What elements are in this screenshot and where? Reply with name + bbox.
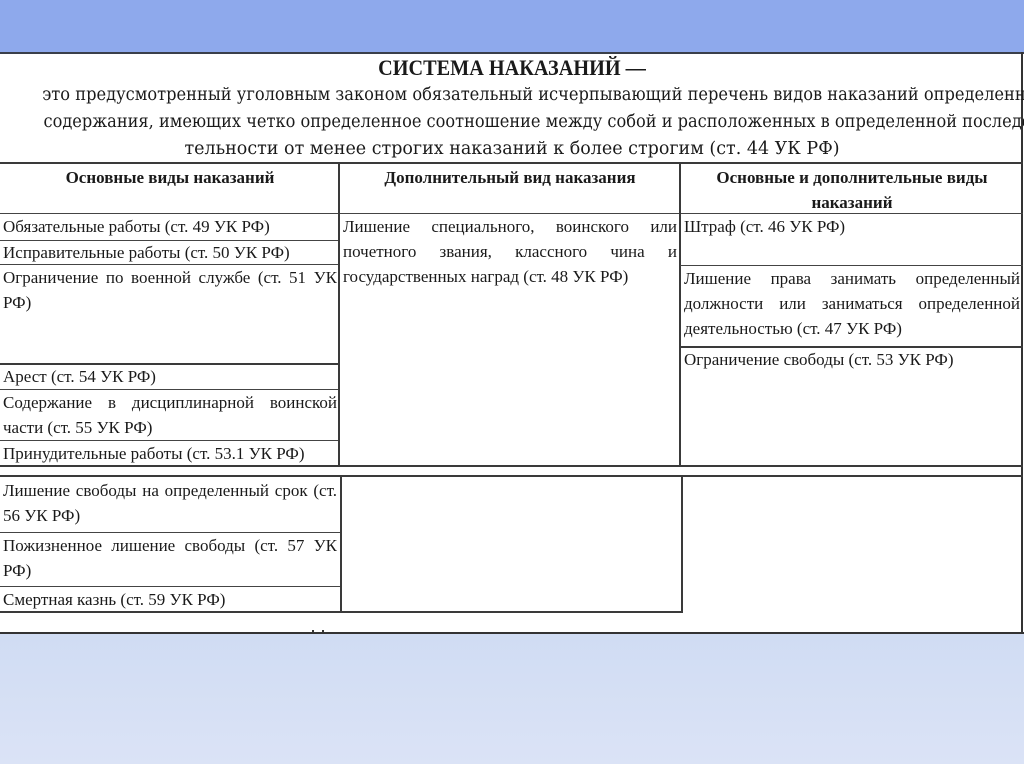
lower-item-life-imprisonment: Пожизненное лишение свободы (ст. 57 УК Р… xyxy=(3,533,337,583)
both-item-fine: Штраф (ст. 46 УК РФ) xyxy=(684,214,1020,239)
header-main-punishments: Основные виды наказаний xyxy=(2,165,338,190)
lower-table-top xyxy=(0,475,1023,477)
lower-item-imprisonment-term: Лишение свободы на определенный срок (ст… xyxy=(3,478,337,528)
main-item-military-restriction: Ограничение по военной службе (ст. 51 УК… xyxy=(3,265,337,315)
definition-text: это предусмотренный уголовным законом об… xyxy=(6,82,1018,163)
definition-line-3: тельности от менее строгих наказаний к б… xyxy=(6,136,1018,163)
additional-item-deprivation-of-title: Лишение специального, воинского или поче… xyxy=(343,214,677,289)
table-right-border xyxy=(1021,52,1023,632)
main-item-disciplinary-unit: Содержание в дисциплинарной воинской час… xyxy=(3,390,337,440)
both-item-restriction-of-liberty: Ограничение свободы (ст. 53 УК РФ) xyxy=(684,347,1020,372)
header-main-and-additional: Основные и дополнительные виды наказаний xyxy=(682,165,1022,215)
main-item-correctional-work: Исправительные работы (ст. 50 УК РФ) xyxy=(3,240,337,265)
col-divider-2 xyxy=(679,162,681,465)
both-item-deprivation-of-right: Лишение права занимать определенный долж… xyxy=(684,266,1020,341)
slide-top-band xyxy=(0,0,1024,54)
main-item-arrest: Арест (ст. 54 УК РФ) xyxy=(3,364,337,389)
slide-bottom-band xyxy=(0,632,1024,764)
definition-line-1: это предусмотренный уголовным законом об… xyxy=(42,82,982,109)
header-additional-punishment: Дополнительный вид наказания xyxy=(341,165,679,190)
header-top-line xyxy=(0,162,1023,164)
header-line-1: Основные и дополнительные виды xyxy=(682,165,1022,190)
definition-line-2: содержания, имеющих четко определенное с… xyxy=(43,109,980,136)
main-item-mandatory-work: Обязательные работы (ст. 49 УК РФ) xyxy=(3,214,337,239)
main-item-forced-labor: Принудительные работы (ст. 53.1 УК РФ) xyxy=(3,441,337,466)
slide-title: СИСТЕМА НАКАЗАНИЙ — xyxy=(41,55,983,81)
lower-item-death-penalty: Смертная казнь (ст. 59 УК РФ) xyxy=(3,587,337,612)
header-line-2: наказаний xyxy=(682,190,1022,215)
col-divider-1 xyxy=(338,162,340,465)
lower-col-divider-1 xyxy=(340,475,342,612)
lower-table-bottom-mid xyxy=(340,611,683,613)
lower-col-divider-2 xyxy=(681,475,683,612)
